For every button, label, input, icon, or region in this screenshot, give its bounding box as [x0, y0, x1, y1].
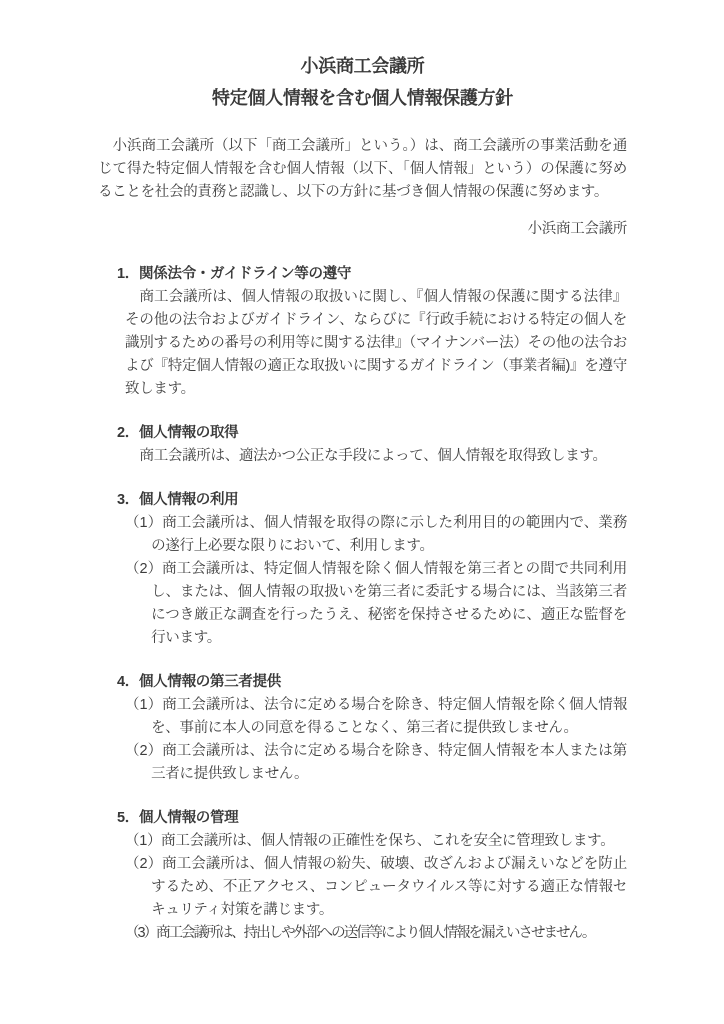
document-title-organization: 小浜商工会議所	[98, 50, 627, 82]
section-4-item-1: （1）商工会議所は、法令に定める場合を除き、特定個人情報を除く個人情報を、事前に…	[125, 694, 627, 740]
section-management: 5．個人情報の管理 （1）商工会議所は、個人情報の正確性を保ち、これを安全に管理…	[98, 807, 627, 945]
section-acquisition: 2．個人情報の取得 商工会議所は、適法かつ公正な手段によって、個人情報を取得致し…	[98, 422, 627, 468]
section-third-party-provision: 4．個人情報の第三者提供 （1）商工会議所は、法令に定める場合を除き、特定個人情…	[98, 671, 627, 786]
section-1-heading: 1．関係法令・ガイドライン等の遵守	[117, 263, 627, 286]
section-2-heading: 2．個人情報の取得	[117, 422, 627, 445]
section-3-item-1: （1）商工会議所は、個人情報を取得の際に示した利用目的の範囲内で、業務の遂行上必…	[125, 512, 627, 558]
section-5-item-1: （1）商工会議所は、個人情報の正確性を保ち、これを安全に管理致します。	[125, 830, 627, 853]
intro-paragraph: 小浜商工会議所（以下「商工会議所」という。）は、商工会議所の事業活動を通じて得た…	[98, 135, 627, 204]
section-4-item-2: （2）商工会議所は、法令に定める場合を除き、特定個人情報を本人または第三者に提供…	[125, 740, 627, 786]
section-1-body: 商工会議所は、個人情報の取扱いに関し、『個人情報の保護に関する法律』その他の法令…	[125, 286, 627, 401]
policy-sections: 1．関係法令・ガイドライン等の遵守 商工会議所は、個人情報の取扱いに関し、『個人…	[98, 263, 627, 945]
section-4-heading: 4．個人情報の第三者提供	[117, 671, 627, 694]
section-usage: 3．個人情報の利用 （1）商工会議所は、個人情報を取得の際に示した利用目的の範囲…	[98, 489, 627, 650]
signature-organization: 小浜商工会議所	[98, 218, 627, 241]
section-3-heading: 3．個人情報の利用	[117, 489, 627, 512]
section-2-body: 商工会議所は、適法かつ公正な手段によって、個人情報を取得致します。	[125, 445, 627, 468]
section-5-item-3: （3）商工会議所は、持出しや外部への送信等により個人情報を漏えいさせません。	[125, 922, 627, 945]
section-5-item-2: （2）商工会議所は、個人情報の紛失、破壊、改ざんおよび漏えいなどを防止するため、…	[125, 853, 627, 922]
section-5-heading: 5．個人情報の管理	[117, 807, 627, 830]
section-compliance: 1．関係法令・ガイドライン等の遵守 商工会議所は、個人情報の取扱いに関し、『個人…	[98, 263, 627, 401]
section-3-item-2: （2）商工会議所は、特定個人情報を除く個人情報を第三者との間で共同利用し、または…	[125, 558, 627, 650]
document-title-policy: 特定個人情報を含む個人情報保護方針	[98, 82, 627, 114]
privacy-policy-document: 小浜商工会議所 特定個人情報を含む個人情報保護方針 小浜商工会議所（以下「商工会…	[0, 0, 724, 1024]
